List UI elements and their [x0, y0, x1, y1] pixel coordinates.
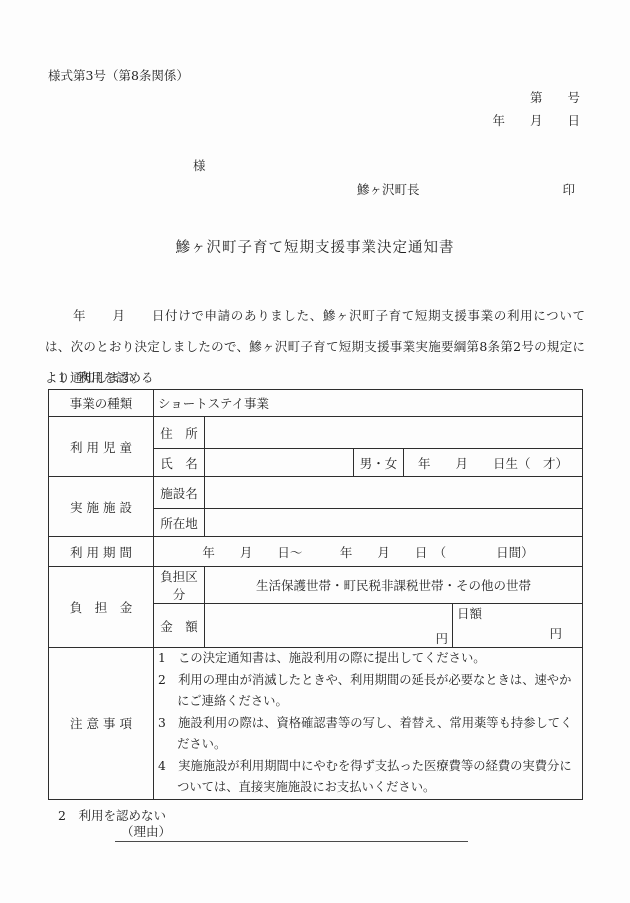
facility-name-label: 施設名 — [154, 477, 205, 509]
period-value: 年 月 日～ 年 月 日 （ 日間） — [154, 537, 583, 567]
facility-address-label: 所在地 — [154, 509, 205, 537]
notes-label: 注 意 事 項 — [49, 648, 154, 800]
facility-name-value-cell — [205, 477, 583, 509]
business-type-value: ショートステイ事業 — [154, 390, 583, 417]
birthdate-cell: 年 月 日生（ 才） — [404, 449, 583, 477]
addressee-suffix: 様 — [193, 156, 206, 174]
gender-cell: 男・女 — [354, 449, 404, 477]
page-title: 鰺ヶ沢町子育て短期支援事業決定通知書 — [0, 236, 630, 257]
child-label: 利 用 児 童 — [49, 417, 154, 477]
facility-label: 実 施 施 設 — [49, 477, 154, 537]
seal-mark: 印 — [562, 180, 575, 198]
period-label: 利 用 期 間 — [49, 537, 154, 567]
daily-amount-label: 日額 — [457, 606, 482, 621]
sender-name: 鰺ヶ沢町長 — [357, 180, 420, 198]
daily-amount-unit: 円 — [550, 624, 563, 642]
note-item-2: 2 利用の理由が消滅したときや、利用期間の延長が必要なときは、速やかにご連絡くだ… — [158, 670, 578, 713]
notes-cell: 1 この決定通知書は、施設利用の際に提出してください。 2 利用の理由が消滅した… — [154, 648, 583, 800]
document-number-line: 第 号 — [530, 88, 580, 106]
form-number: 様式第3号（第8条関係） — [48, 66, 189, 84]
decision-notice-document: 様式第3号（第8条関係） 第 号 年 月 日 様 鰺ヶ沢町長 印 鰺ヶ沢町子育て… — [0, 0, 630, 903]
decision-table: 事業の種類 ショートステイ事業 利 用 児 童 住 所 氏 名 男・女 年 月 … — [48, 389, 583, 800]
address-label: 住 所 — [154, 417, 205, 449]
fee-category-label: 負担区分 — [154, 567, 205, 604]
facility-address-value-cell — [205, 509, 583, 537]
note-item-4: 4 実施施設が利用期間中にやむを得ず支払った医療費等の経費の実費分については、直… — [158, 756, 578, 799]
table-row: 事業の種類 ショートステイ事業 — [49, 390, 583, 417]
table-row: 利 用 期 間 年 月 日～ 年 月 日 （ 日間） — [49, 537, 583, 567]
name-label: 氏 名 — [154, 449, 205, 477]
fee-label: 負 担 金 — [49, 567, 154, 648]
section1-heading: 1 利用を認める — [58, 368, 153, 386]
table-row: 負 担 金 負担区分 生活保護世帯・町民税非課税世帯・その他の世帯 — [49, 567, 583, 604]
fee-amount-label: 金 額 — [154, 604, 205, 648]
daily-amount-cell: 日額 円 — [453, 604, 583, 648]
note-item-1: 1 この決定通知書は、施設利用の際に提出してください。 — [158, 648, 578, 670]
table-row: 利 用 児 童 住 所 — [49, 417, 583, 449]
table-row: 注 意 事 項 1 この決定通知書は、施設利用の際に提出してください。 2 利用… — [49, 648, 583, 800]
business-type-label: 事業の種類 — [49, 390, 154, 417]
name-value-cell — [205, 449, 354, 477]
date-line: 年 月 日 — [492, 111, 580, 129]
address-value-cell — [205, 417, 583, 449]
fee-amount-cell: 円 — [205, 604, 453, 648]
fee-category-value: 生活保護世帯・町民税非課税世帯・その他の世帯 — [205, 567, 583, 604]
reason-line: （理由） — [115, 822, 468, 842]
table-row: 実 施 施 設 施設名 — [49, 477, 583, 509]
reason-label: （理由） — [121, 824, 171, 839]
note-item-3: 3 施設利用の際は、資格確認書等の写し、着替え、常用薬等も持参してください。 — [158, 713, 578, 756]
